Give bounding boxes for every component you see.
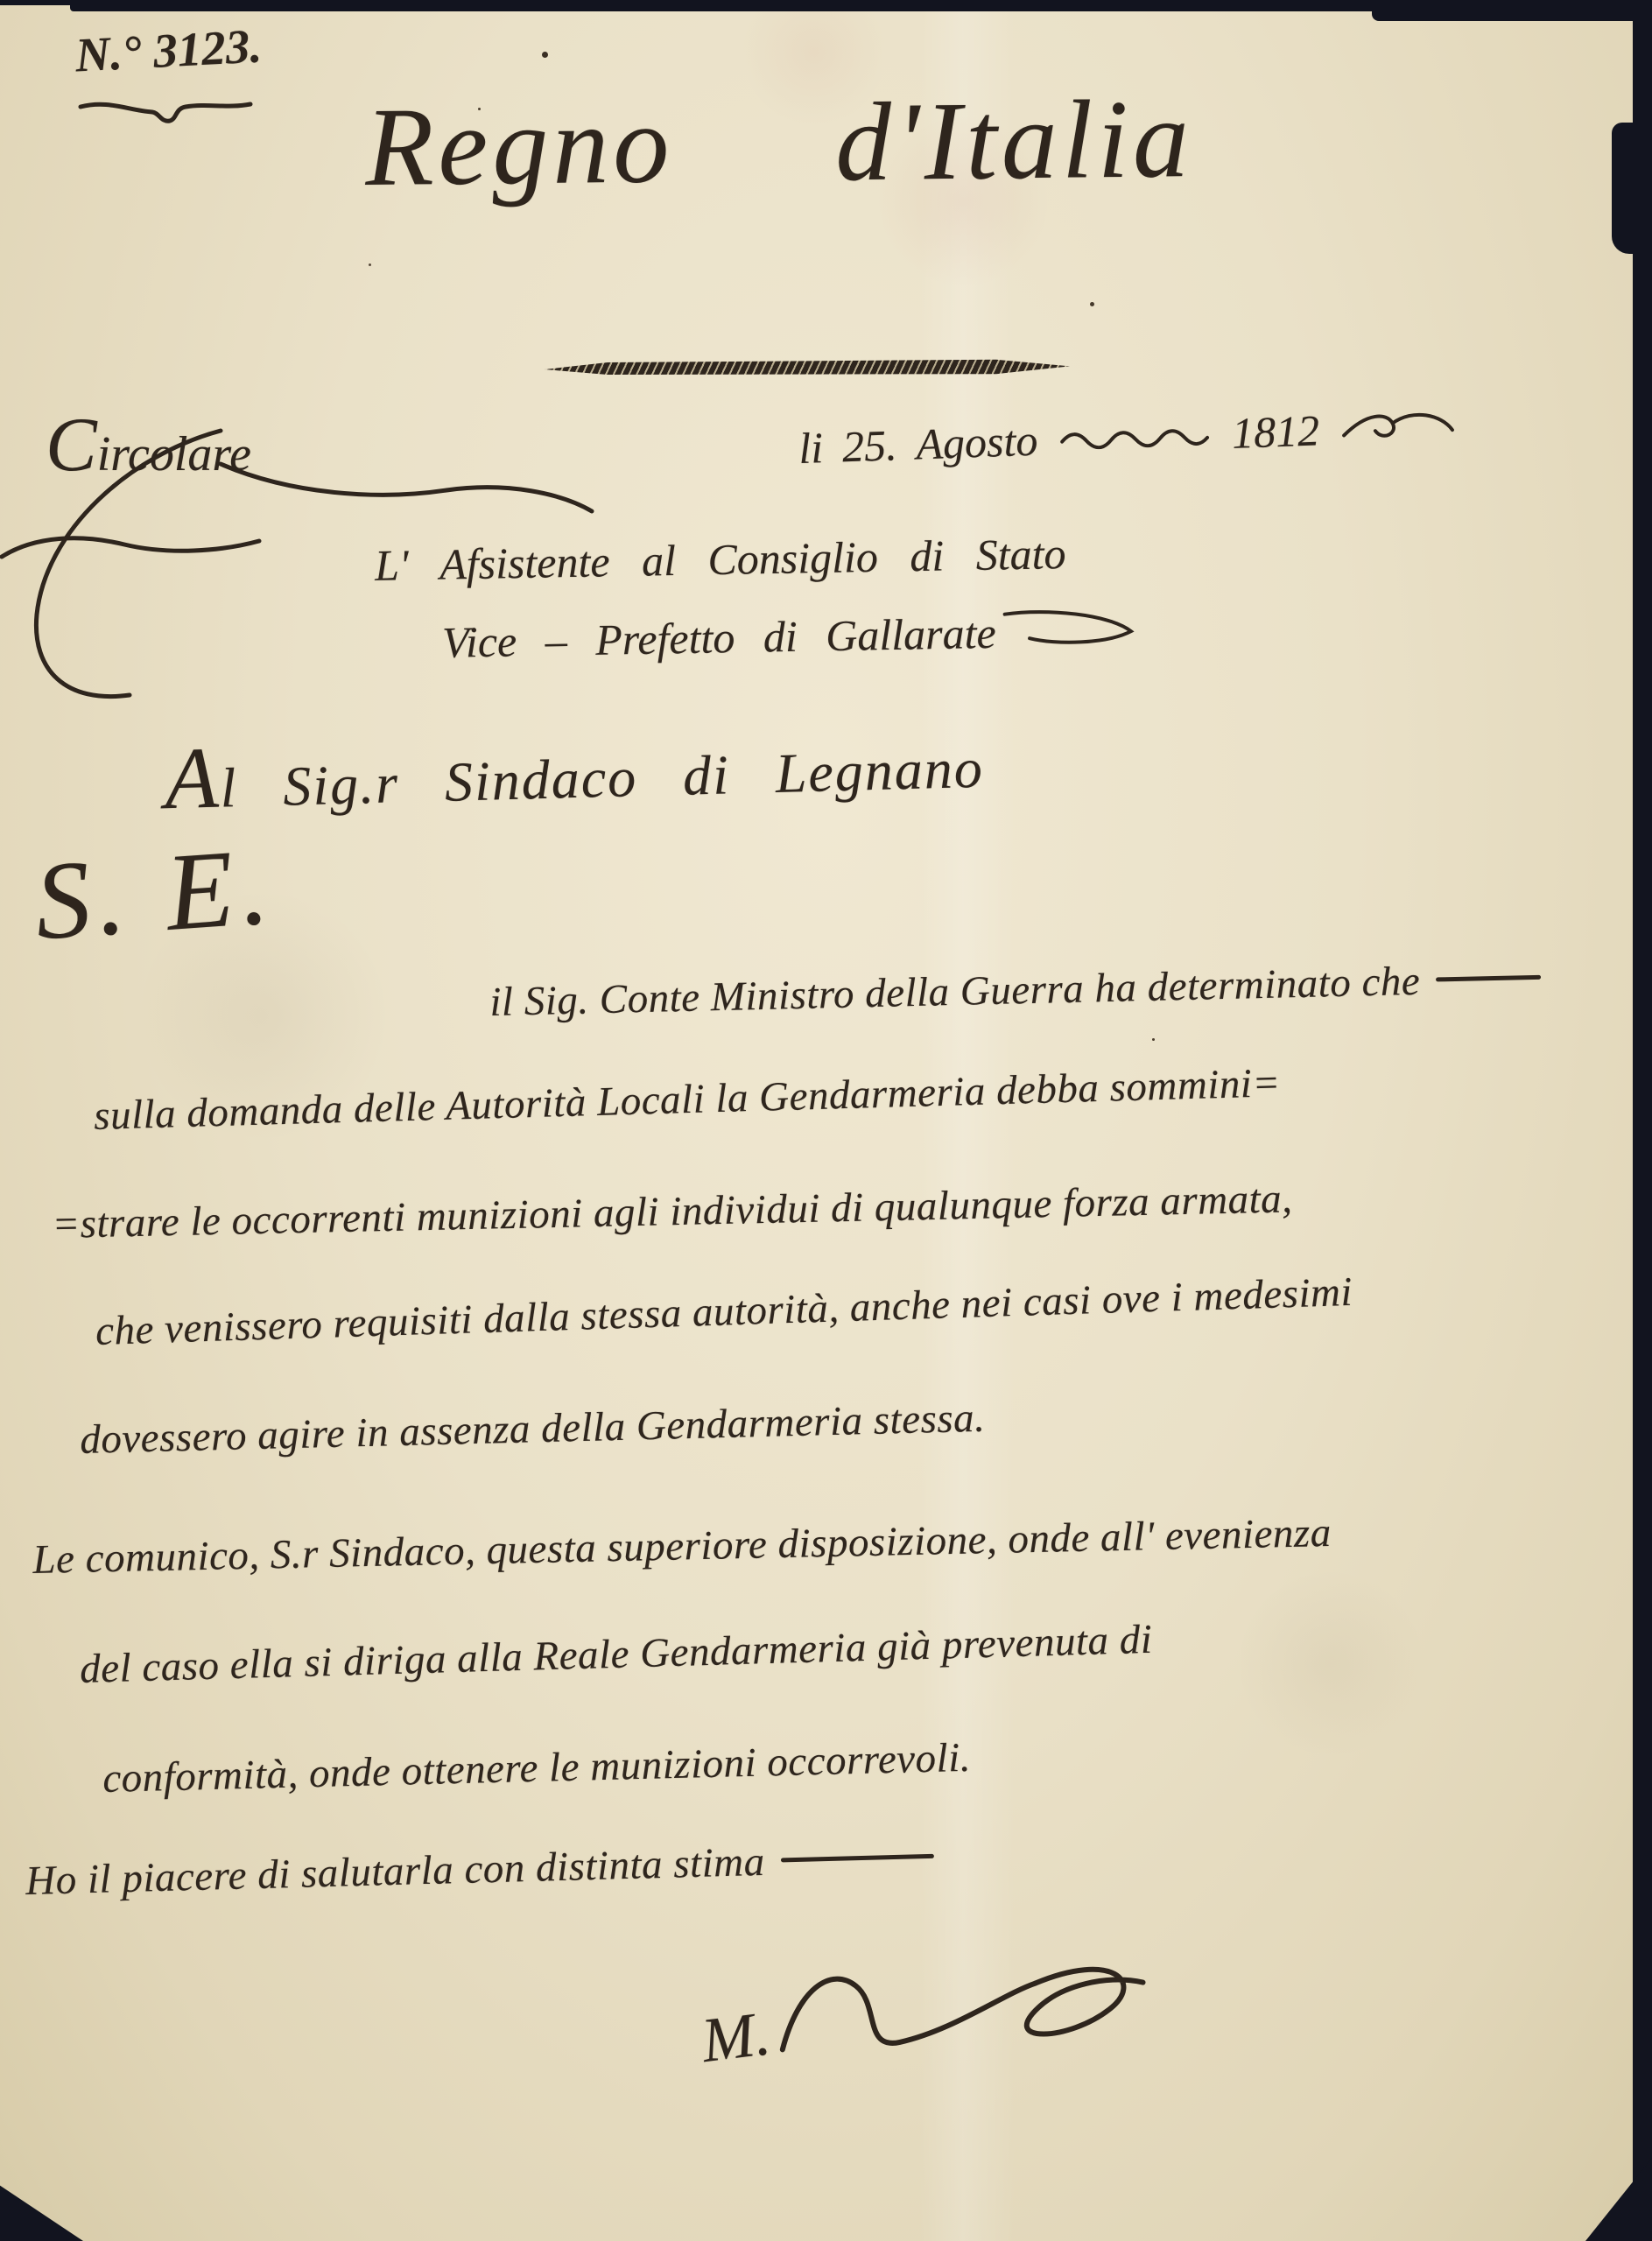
document-title: Regno d'Italia — [0, 71, 1559, 216]
body-line-text: il Sig. Conte Ministro della Guerra ha d… — [489, 959, 1421, 1025]
addressee-line: Al Sig.r Sindaco di Legnano — [164, 707, 985, 829]
date-prefix: li — [798, 422, 824, 474]
body-line: Le comunico, S.r Sindaco, questa superio… — [32, 1509, 1332, 1584]
document-photo: N.° 3123. Regno d'Italia Circolare li 25… — [0, 0, 1652, 2241]
flourish-signature-paraph-icon — [769, 1921, 1158, 2097]
signature: M. — [694, 1921, 1158, 2106]
sender-office-line2: Vice – Prefetto di Gallarate — [442, 605, 1135, 668]
title-word-regno: Regno — [364, 80, 674, 212]
body-line: =strare le occorrenti munizioni agli ind… — [52, 1175, 1293, 1248]
flourish-line-dash-icon — [780, 1854, 933, 1863]
flourish-date-squiggle-icon — [1060, 423, 1210, 451]
flourish-left-wave-icon — [0, 530, 263, 566]
photo-edge-right-notch — [1612, 123, 1652, 254]
divider-ornament-icon — [545, 359, 1070, 376]
body-line: Ho il piacere di salutarla con distinta … — [25, 1834, 935, 1905]
letter-paper: N.° 3123. Regno d'Italia Circolare li 25… — [0, 0, 1652, 2241]
body-line: dovessero agire in assenza della Gendarm… — [80, 1394, 986, 1464]
body-line: sulla domanda delle Autorità Locali la G… — [93, 1059, 1281, 1140]
date-line: li 25. Agosto 1812 — [798, 400, 1460, 474]
body-line: il Sig. Conte Ministro della Guerra ha d… — [489, 955, 1542, 1026]
flourish-date-endcurl-icon — [1341, 407, 1456, 448]
flourish-gallarate-swash-icon — [1002, 605, 1135, 648]
body-line: che venissero requisiti dalla stessa aut… — [95, 1268, 1353, 1355]
body-line: conformità, onde ottenere le munizioni o… — [102, 1734, 972, 1802]
body-line-text: Ho il piacere di salutarla con distinta … — [25, 1839, 766, 1904]
photo-edge-right — [1633, 0, 1652, 2241]
salutation-initials: S. E. — [31, 824, 279, 966]
flourish-line-dash-icon — [1436, 975, 1541, 982]
photo-edge-top-right — [1372, 0, 1652, 21]
sender-office-line1: L' Afsistente al Consiglio di Stato — [375, 528, 1066, 591]
sender-office-line2-text: Vice – Prefetto di Gallarate — [442, 608, 997, 668]
document-number: N.° 3123. — [74, 18, 263, 82]
date-month: Agosto — [915, 415, 1038, 470]
date-day: 25. — [841, 419, 897, 472]
signature-initial: M. — [698, 1997, 775, 2077]
body-line: del caso ella si diriga alla Reale Genda… — [79, 1616, 1152, 1693]
flourish-left-descender-icon — [7, 427, 252, 716]
date-year: 1812 — [1231, 404, 1320, 458]
photo-edge-top-left — [0, 0, 74, 5]
title-word-italia: d'Italia — [834, 74, 1193, 207]
flourish-circolare-tail-icon — [219, 455, 595, 516]
